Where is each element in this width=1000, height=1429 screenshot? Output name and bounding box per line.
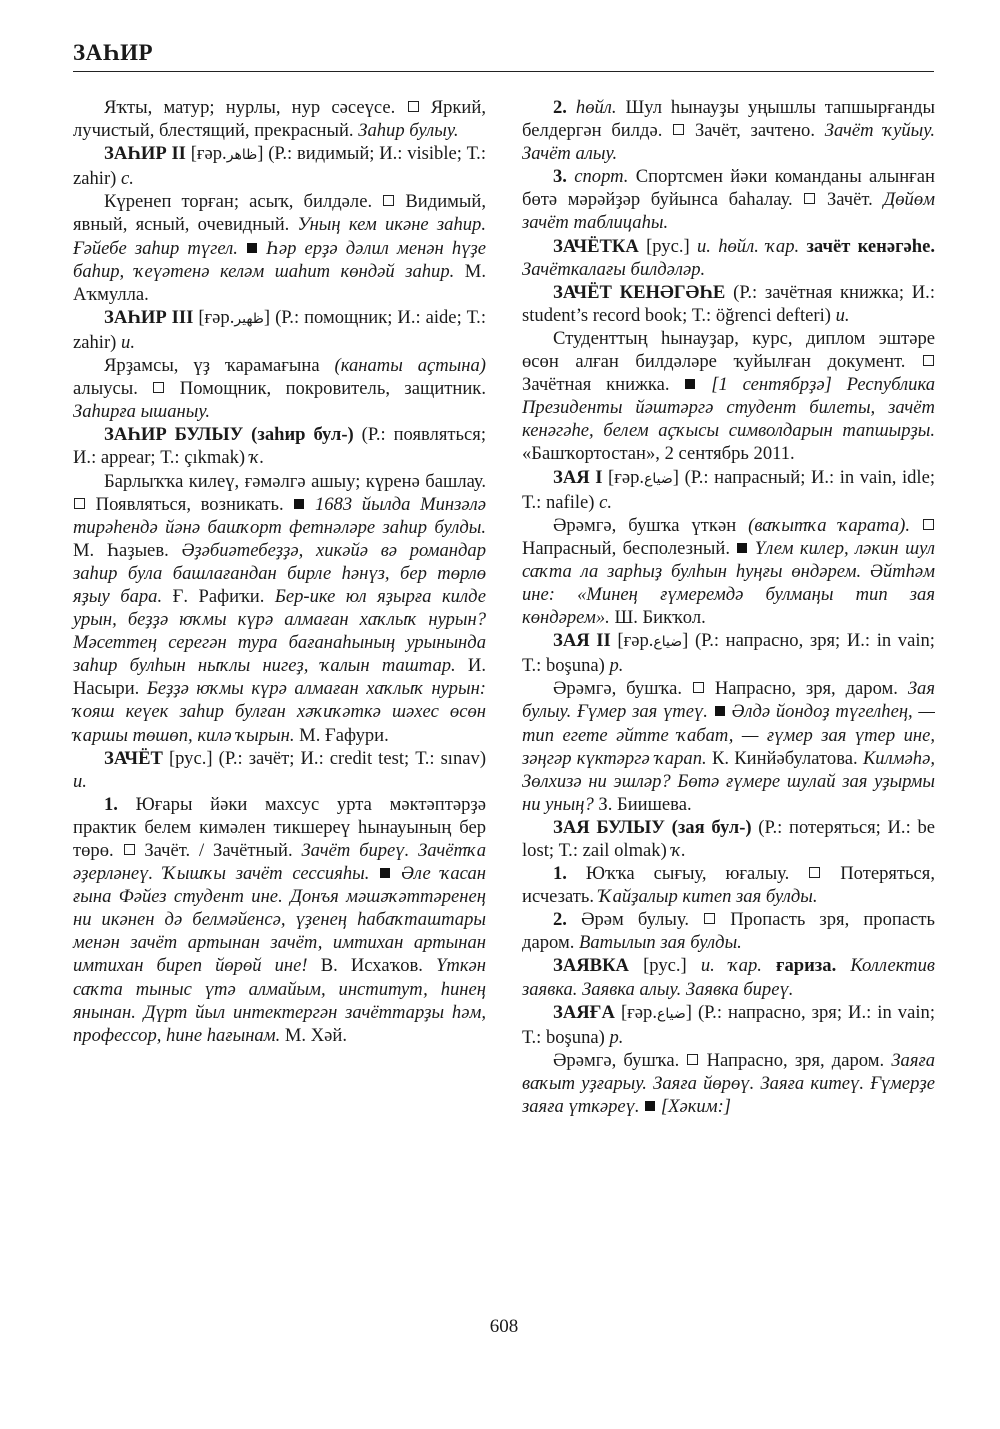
quotation-author: Ғ. Рафиҡи. bbox=[173, 586, 265, 607]
sense-number: 2. bbox=[553, 97, 567, 118]
headword: ЗАЧЁТ bbox=[104, 748, 163, 769]
definition-paragraph: Әрәмгә, бушҡа. Напрасно, зря, даром. Зая… bbox=[522, 1049, 935, 1118]
example-text: Заһир булыу. bbox=[358, 120, 458, 141]
headword: ЗАЯВКА bbox=[553, 955, 629, 976]
entry-header-zahir-3: ЗАҺИР III [ғәр.ظهير] (Р.: помощник; И.: … bbox=[73, 306, 486, 354]
definition-text: Яҡты, матур; нурлы, нур сәсеүсе. bbox=[104, 97, 395, 118]
definition-text: Барлыҡҡа килеү, ғәмәлгә ашыу; күренә баш… bbox=[104, 471, 486, 492]
etymology-close: ] bbox=[264, 307, 270, 328]
etymology: [рус.] bbox=[646, 236, 690, 257]
definition-text: Юҡҡа сығыу, юғалыу. bbox=[586, 863, 789, 884]
headword: ЗАЯ I bbox=[553, 467, 602, 488]
entry-header-zaya-2: ЗАЯ II [ғәр.ضياع] (Р.: напрасно, зря; И.… bbox=[522, 629, 935, 677]
headword: ЗАЯ II bbox=[553, 630, 611, 651]
quotation-author: В. Исхаҡов. bbox=[321, 955, 423, 976]
etymology-close: ] bbox=[673, 467, 679, 488]
usage-label: и. ҡар. bbox=[701, 955, 762, 976]
headword: ЗАЧЁТКА bbox=[553, 236, 639, 257]
sense-paragraph: 2. һөйл. Шул һынауҙы уңышлы тапшырғанды … bbox=[522, 96, 935, 165]
headword: ЗАҺИР II bbox=[104, 143, 186, 164]
translation-marker-icon bbox=[704, 913, 715, 924]
page-number: 608 bbox=[0, 1316, 1000, 1338]
running-head: ЗАҺИР bbox=[73, 40, 153, 66]
header-rule bbox=[73, 71, 934, 72]
definition-text: Әрәм булыу. bbox=[581, 909, 689, 930]
translation-marker-icon bbox=[923, 355, 934, 366]
quotation-source: «Башҡортостан», 2 сентябрь 2011. bbox=[522, 443, 795, 464]
etymology: [ғәр. bbox=[621, 1002, 657, 1023]
translation-marker-icon bbox=[383, 195, 394, 206]
part-of-speech: р. bbox=[609, 655, 623, 676]
definition-paragraph: Яҡты, матур; нурлы, нур сәсеүсе. Яркий, … bbox=[73, 96, 486, 142]
usage-label: һөйл. bbox=[576, 97, 617, 118]
example-marker-icon bbox=[715, 706, 725, 716]
definition-paragraph: Әрәмгә, бушҡа. Напрасно, зря, даром. Зая… bbox=[522, 677, 935, 816]
quotation-author: К. Кинйәбулатова. bbox=[712, 748, 858, 769]
definition-text: Әрәмгә, бушҡа үткән bbox=[553, 515, 736, 536]
quotation-author: М. Хәй. bbox=[285, 1025, 347, 1046]
example-marker-icon bbox=[294, 499, 304, 509]
part-of-speech: и. bbox=[73, 771, 87, 792]
etymology: [ғәр. bbox=[191, 143, 227, 164]
arabic-script: ظاهر bbox=[227, 147, 258, 163]
definition-paragraph: Күренеп торған; асыҡ, билдәле. Видимый, … bbox=[73, 190, 486, 305]
definition-paragraph: Студенттың һынауҙар, курс, диплом эштәре… bbox=[522, 327, 935, 466]
sense-number: 2. bbox=[553, 909, 567, 930]
translation-text: Зачёт. bbox=[827, 189, 873, 210]
translation-marker-icon bbox=[408, 101, 419, 112]
headword: ЗАҺИР БУЛЫУ (заһир бул-) bbox=[104, 424, 354, 445]
usage-label: спорт. bbox=[574, 166, 628, 187]
sense-paragraph: 3. спорт. Спортсмен йәки команданы алынғ… bbox=[522, 165, 935, 234]
quotation-author: М. Ғафури. bbox=[299, 725, 389, 746]
part-of-speech: ҡ. bbox=[250, 447, 264, 468]
definition-text: Әрәмгә, бушҡа. bbox=[553, 1050, 679, 1071]
sense-number: 1. bbox=[104, 794, 118, 815]
quotation-text: [Хәким:] bbox=[661, 1096, 731, 1117]
entry-zayavka: ЗАЯВКА [рус.] и. ҡар. ғариза. Коллектив … bbox=[522, 954, 935, 1000]
entry-header-zachet: ЗАЧЁТ [рус.] (Р.: зачёт; И.: credit test… bbox=[73, 747, 486, 793]
definition-text: алыусы. bbox=[73, 378, 138, 399]
example-text: Зачёткалағы билдәләр. bbox=[522, 259, 705, 280]
definition-text: Ярҙамсы, үҙ ҡарамағына bbox=[104, 355, 320, 376]
part-of-speech: и. bbox=[121, 332, 135, 353]
right-column: 2. һөйл. Шул һынауҙы уңышлы тапшырғанды … bbox=[522, 96, 935, 1118]
translation-text: Появляться, возникать. bbox=[96, 494, 284, 515]
usage-label: и. һөйл. ҡар. bbox=[697, 236, 799, 257]
etymology-close: ] bbox=[257, 143, 263, 164]
example-marker-icon bbox=[247, 243, 257, 253]
arabic-script: ضياع bbox=[653, 634, 682, 650]
example-marker-icon bbox=[380, 868, 390, 878]
arabic-script: ضياع bbox=[657, 1006, 686, 1022]
entry-header-zahir-bulyu: ЗАҺИР БУЛЫУ (заһир бул-) (Р.: появляться… bbox=[73, 423, 486, 469]
etymology-close: ] bbox=[682, 630, 688, 651]
translation-marker-icon bbox=[923, 519, 934, 530]
entry-header-zayaga: ЗАЯҒА [ғәр.ضياع] (Р.: напрасно, зря; И.:… bbox=[522, 1001, 935, 1049]
etymology: [ғәр. bbox=[608, 467, 644, 488]
headword: ЗАЯҒА bbox=[553, 1002, 615, 1023]
translation-marker-icon bbox=[804, 193, 815, 204]
etymology: [ғәр. bbox=[617, 630, 653, 651]
example-text: Заһирға ышаныу. bbox=[73, 401, 210, 422]
entry-header-zachet-kenagahe: ЗАЧЁТ КЕНӘГӘҺЕ (Р.: зачётная книжка; И.:… bbox=[522, 281, 935, 327]
etymology: [рус.] bbox=[643, 955, 687, 976]
example-marker-icon bbox=[645, 1101, 655, 1111]
example-text: Ватылып зая булды. bbox=[579, 932, 742, 953]
translation-marker-icon bbox=[693, 682, 704, 693]
translation-text: Зачёт. / Зачётный. bbox=[144, 840, 292, 861]
entry-zachetka: ЗАЧЁТКА [рус.] и. һөйл. ҡар. зачёт кенәг… bbox=[522, 235, 935, 281]
etymology: [ғәр. bbox=[198, 307, 234, 328]
example-marker-icon bbox=[685, 379, 695, 389]
translation-marker-icon bbox=[687, 1054, 698, 1065]
entry-header-zahir-2: ЗАҺИР II [ғәр.ظاهر] (Р.: видимый; И.: vi… bbox=[73, 142, 486, 190]
quotation-author: З. Биишева. bbox=[598, 794, 691, 815]
left-column: Яҡты, матур; нурлы, нур сәсеүсе. Яркий, … bbox=[73, 96, 486, 1047]
translation-text: Зачёт, зачтено. bbox=[695, 120, 815, 141]
part-of-speech: ҡ. bbox=[671, 840, 685, 861]
part-of-speech: и. bbox=[836, 305, 850, 326]
translation-text: Зачётная книжка. bbox=[522, 374, 670, 395]
cross-reference: зачёт кенәгәһе. bbox=[806, 236, 935, 257]
definition-note: (ваҡытҡа ҡарата). bbox=[748, 515, 910, 536]
sense-paragraph: 2. Әрәм булыу. Пропасть зря, пропасть да… bbox=[522, 908, 935, 954]
etymology-close: ] bbox=[686, 1002, 692, 1023]
definition-paragraph: Әрәмгә, бушҡа үткән (ваҡытҡа ҡарата). На… bbox=[522, 514, 935, 629]
quotation-author: М. Һаҙыев. bbox=[73, 540, 169, 561]
example-text: Ҡайҙалыр китеп зая булды. bbox=[599, 886, 818, 907]
translation-marker-icon bbox=[673, 124, 684, 135]
example-marker-icon bbox=[737, 543, 747, 553]
arabic-script: ضياع bbox=[644, 471, 673, 487]
translation-marker-icon bbox=[124, 844, 135, 855]
arabic-script: ظهير bbox=[234, 311, 264, 327]
definition-paragraph: Барлыҡҡа килеү, ғәмәлгә ашыу; күренә баш… bbox=[73, 470, 486, 747]
translation-marker-icon bbox=[74, 498, 85, 509]
sense-paragraph: 1. Юғары йәки махсус урта мәктәптәрҙә пр… bbox=[73, 793, 486, 1047]
cross-reference: ғариза. bbox=[776, 955, 836, 976]
part-of-speech: с. bbox=[599, 492, 612, 513]
translation-text: Напрасно, зря, даром. bbox=[707, 1050, 885, 1071]
sense-number: 1. bbox=[553, 863, 567, 884]
headword: ЗАҺИР III bbox=[104, 307, 193, 328]
quotation-author: Ш. Бикҡол. bbox=[614, 607, 705, 628]
definition-note: (канаты аҫтына) bbox=[335, 355, 486, 376]
translation-text: Напрасный, бесполезный. bbox=[522, 538, 730, 559]
translation-text: Помощник, покровитель, защитник. bbox=[180, 378, 486, 399]
headword: ЗАЯ БУЛЫУ (зая бул-) bbox=[553, 817, 752, 838]
headword: ЗАЧЁТ КЕНӘГӘҺЕ bbox=[553, 282, 725, 303]
translation-marker-icon bbox=[153, 382, 164, 393]
definition-text: Күренеп торған; асыҡ, билдәле. bbox=[104, 191, 372, 212]
part-of-speech: с. bbox=[121, 168, 134, 189]
entry-header-zaya-bulyu: ЗАЯ БУЛЫУ (зая бул-) (Р.: потеряться; И.… bbox=[522, 816, 935, 862]
definition-text: Студенттың һынауҙар, курс, диплом эштәре… bbox=[522, 328, 935, 372]
part-of-speech: р. bbox=[609, 1027, 623, 1048]
definition-text: Әрәмгә, бушҡа. bbox=[553, 678, 682, 699]
gloss: (Р.: зачёт; И.: credit test; Т.: sınav) bbox=[219, 748, 486, 769]
translation-text: Напрасно, зря, даром. bbox=[715, 678, 898, 699]
sense-number: 3. bbox=[553, 166, 567, 187]
entry-header-zaya-1: ЗАЯ I [ғәр.ضياع] (Р.: напрасный; И.: in … bbox=[522, 466, 935, 514]
etymology: [рус.] bbox=[169, 748, 213, 769]
translation-marker-icon bbox=[809, 867, 820, 878]
sense-paragraph: 1. Юҡҡа сығыу, юғалыу. Потеряться, исчез… bbox=[522, 862, 935, 908]
definition-paragraph: Ярҙамсы, үҙ ҡарамағына (канаты аҫтына) а… bbox=[73, 354, 486, 423]
